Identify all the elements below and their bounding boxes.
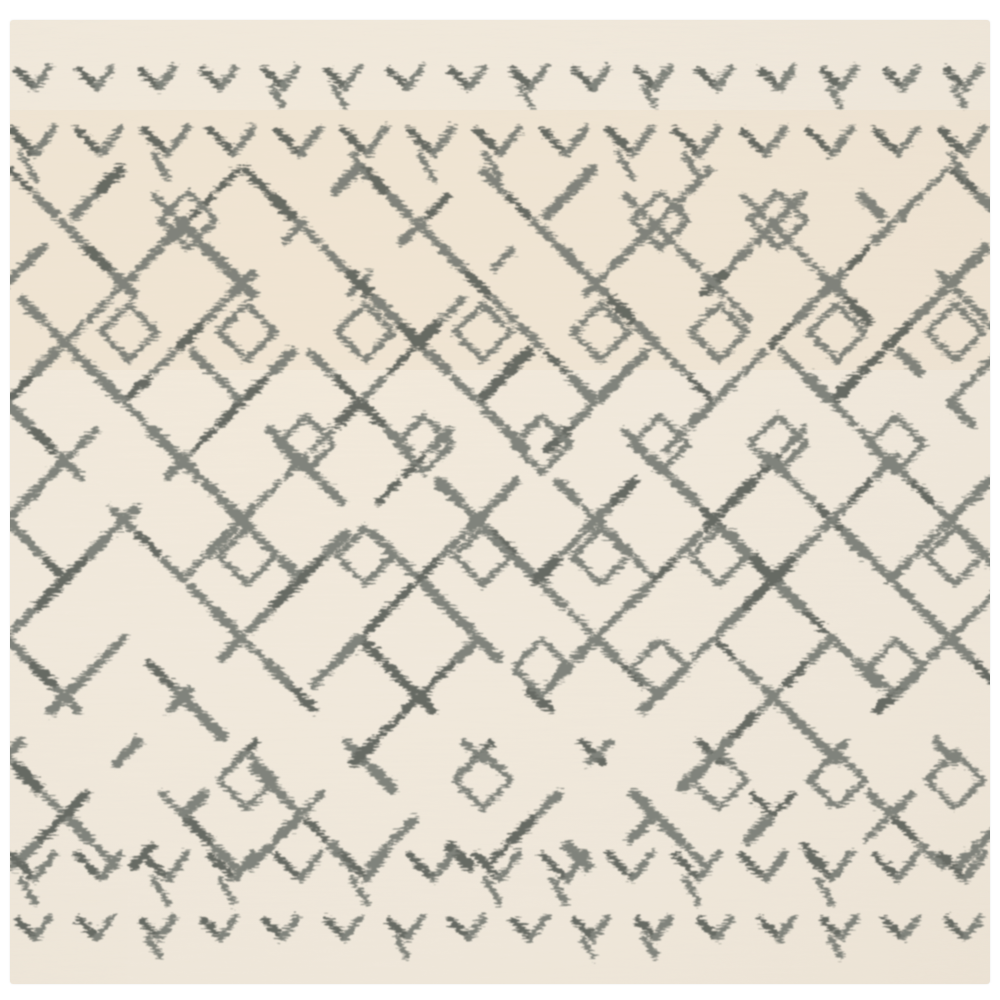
shag-rug: Square shag rug with Moroccan diamond tr… bbox=[10, 20, 990, 984]
rug-pattern bbox=[10, 20, 990, 984]
